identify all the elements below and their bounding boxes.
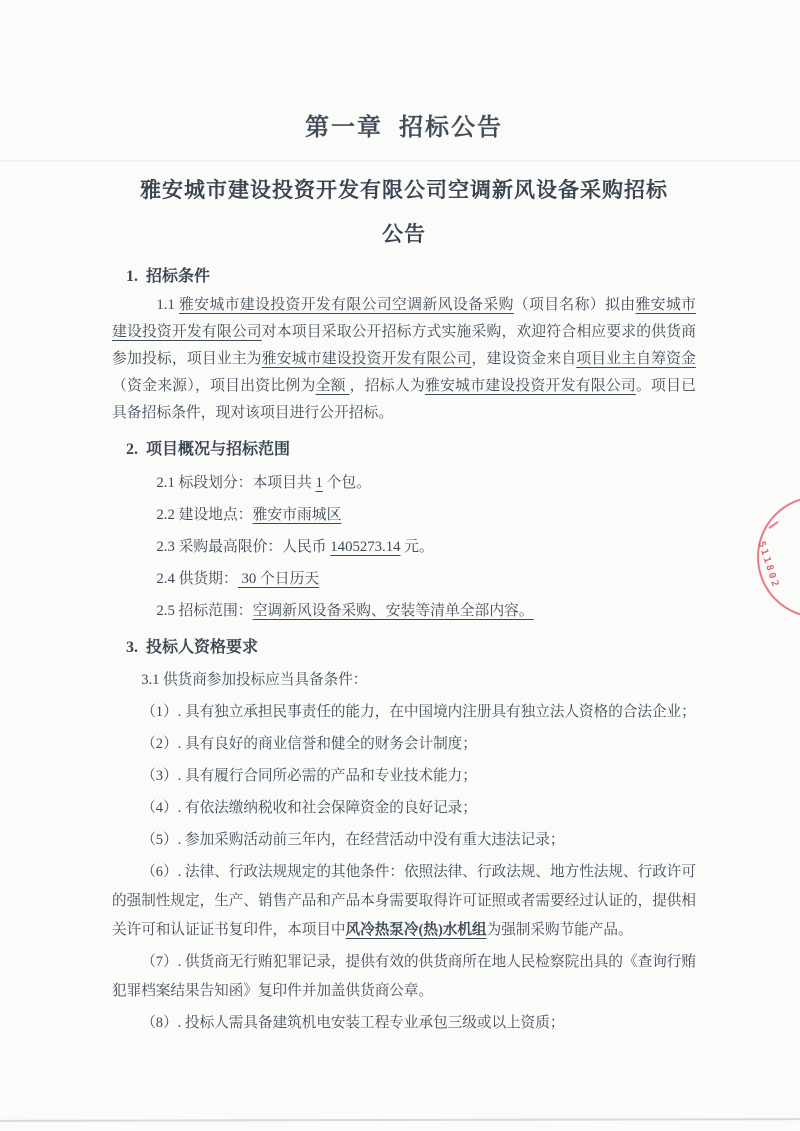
text-run: （2）. 具有良好的商业信誉和健全的财务会计制度； [141,736,477,752]
paragraph-1-1: 1.1 雅安城市建设投资开发有限公司空调新风设备采购（项目名称）拟由雅安城市建设… [112,292,696,427]
qualification-item-1: （1）. 具有独立承担民事责任的能力，在中国境内注册具有独立法人资格的合法企业； [112,698,696,727]
qualification-item-2: （2）. 具有良好的商业信誉和健全的财务会计制度； [112,730,696,759]
text-run: （3）. 具有履行合同所必需的产品和专业技术能力； [141,768,477,784]
paragraph-2-1: 2.1 标段划分：本项目共 1 个包。 [112,470,696,497]
text-run: 元。 [401,539,434,555]
section-tender-conditions: 1. 招标条件 1.1 雅安城市建设投资开发有限公司空调新风设备采购（项目名称）… [112,262,696,427]
section-bidder-qualifications: 3. 投标人资格要求 3.1 供货商参加投标应当具备条件： （1）. 具有独立承… [112,633,696,1038]
text-run: 1.1 [156,297,179,313]
text-run: 3.1 供货商参加投标应当具备条件： [141,672,367,688]
paragraph-2-5: 2.5 招标范围：空调新风设备采购、安装等清单全部内容。 [112,598,696,625]
text-run: （资金来源），项目出资比例为 [112,378,316,394]
section-2-heading: 2. 项目概况与招标范围 [126,435,696,465]
paragraph-3-1: 3.1 供货商参加投标应当具备条件： [112,666,696,695]
underlined-text: 风冷热泵冷(热)水机组 [346,922,487,938]
text-run: ，招标人为 [350,378,425,394]
qualification-item-5: （5）. 参加采购活动前三年内，在经营活动中没有重大违法记录； [112,826,696,855]
underlined-text: 项目业主自筹资金 [576,351,696,367]
section-1-heading: 1. 招标条件 [126,262,696,292]
qualification-item-3: （3）. 具有履行合同所必需的产品和专业技术能力； [112,762,696,791]
paragraph-2-2: 2.2 建设地点：雅安市雨城区 [112,502,696,529]
text-run: （7）. 供货商无行贿犯罪记录，提供有效的供货商所在地人民检察院出具的《查询行贿… [112,954,696,999]
text-run: 2.4 供货期： [156,571,237,587]
text-run: （1）. 具有独立承担民事责任的能力，在中国境内注册具有独立法人资格的合法企业； [141,704,696,720]
section-project-overview: 2. 项目概况与招标范围 2.1 标段划分：本项目共 1 个包。 2.2 建设地… [112,435,696,625]
text-run: 个包。 [323,475,371,491]
document-page: 第一章 招标公告 雅安城市建设投资开发有限公司空调新风设备采购招标 公告 1. … [0,0,800,1038]
text-run: （项目名称）拟由 [514,297,636,313]
underlined-text: 雅安城市建设投资开发有限公司 [425,378,636,394]
underlined-text: 30 个日历天 [238,571,319,587]
stamp-inner-mark [768,521,778,529]
page-bottom-edge [0,1118,800,1121]
text-run: （5）. 参加采购活动前三年内，在经营活动中没有重大违法记录； [141,832,564,848]
document-title: 雅安城市建设投资开发有限公司空调新风设备采购招标 公告 [112,168,696,256]
text-run: （4）. 有依法缴纳税收和社会保障资金的良好记录； [141,800,477,816]
underlined-text: 1 [315,475,322,491]
underlined-text: 空调新风设备采购、安装等清单全部内容。 [253,603,534,619]
text-run: 2.1 标段划分：本项目共 [156,475,315,491]
underlined-text: 1405273.14 [330,539,400,555]
text-run: 2.5 招标范围： [156,603,252,619]
chapter-title: 第一章 招标公告 [112,110,696,146]
underlined-text: 全额 [316,378,350,394]
qualification-item-7: （7）. 供货商无行贿犯罪记录，提供有效的供货商所在地人民检察院出具的《查询行贿… [112,948,696,1006]
qualification-item-4: （4）. 有依法缴纳税收和社会保障资金的良好记录； [112,794,696,823]
underlined-text: 雅安城市建设投资开发有限公司空调新风设备采购 [179,297,514,313]
text-run: （8）. 投标人需具备建筑机电安装工程专业承包三级或以上资质； [141,1015,564,1031]
document-title-line-1: 雅安城市建设投资开发有限公司空调新风设备采购招标 [112,168,696,212]
text-run: 2.2 建设地点： [156,507,252,523]
document-title-line-2: 公告 [112,212,696,256]
section-3-heading: 3. 投标人资格要求 [126,633,696,663]
text-run: ，建设资金来自 [471,351,576,367]
paragraph-2-4: 2.4 供货期： 30 个日历天 [112,566,696,593]
text-run: 为强制采购节能产品。 [487,922,633,938]
paragraph-2-3: 2.3 采购最高限价：人民币 1405273.14 元。 [112,534,696,561]
underlined-text: 雅安城市建设投资开发有限公司 [262,351,472,367]
scan-artifact-band [0,160,800,162]
text-run: 2.3 采购最高限价：人民币 [156,539,330,555]
qualification-item-8: （8）. 投标人需具备建筑机电安装工程专业承包三级或以上资质； [112,1009,696,1038]
qualification-item-6: （6）. 法律、行政法规规定的其他条件：依照法律、行政法规、地方性法规、行政许可… [112,858,696,945]
underlined-text: 雅安市雨城区 [253,507,342,523]
